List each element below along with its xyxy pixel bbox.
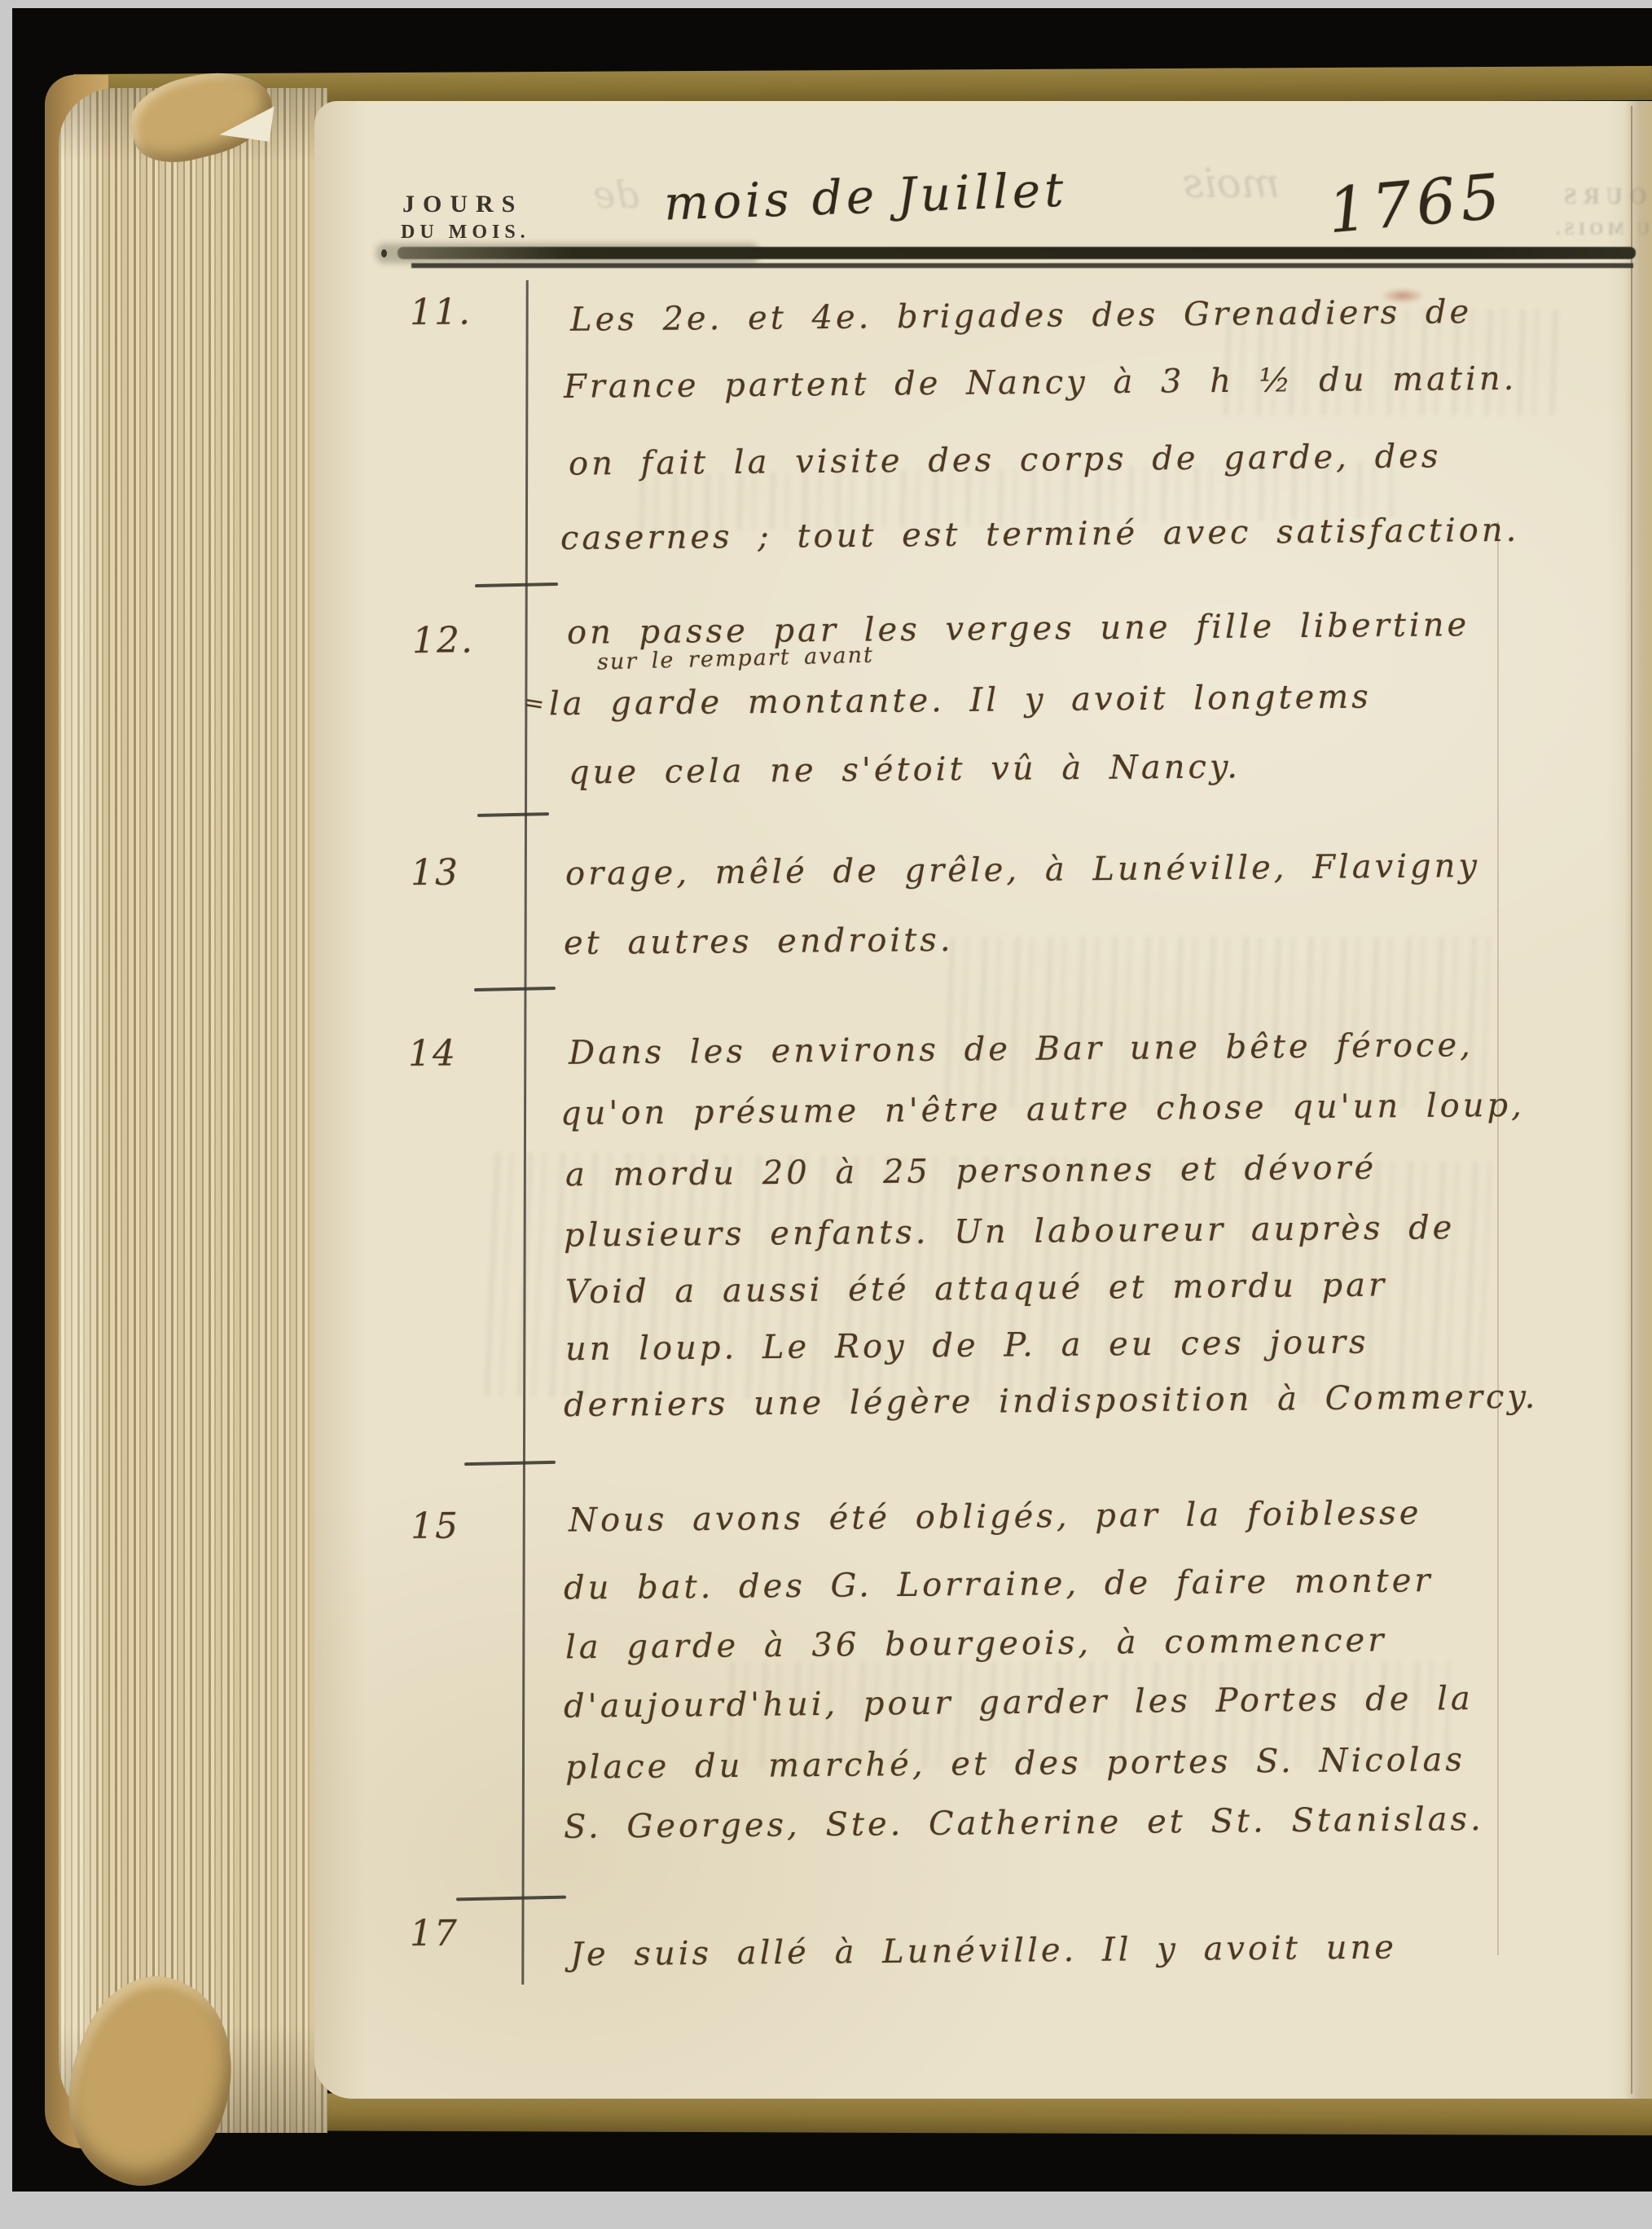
entry-line: d'aujourd'hui, pour garder les Portes de… (564, 1682, 1474, 1723)
handwritten-year: 1765 (1325, 165, 1507, 243)
entry-line: que cela ne s'étoit vû à Nancy. (569, 750, 1241, 789)
entry-line: qu'on présume n'être autre chose qu'un l… (560, 1089, 1525, 1130)
entry-line: S. Georges, Ste. Catherine et St. Stanis… (564, 1803, 1484, 1844)
insertion-caret: = (522, 690, 547, 718)
entry-day-number: 12. (412, 623, 474, 660)
entry-line: Je suis allé à Lunéville. Il y avoit une (570, 1932, 1397, 1972)
printed-header-jours: JOURS (402, 191, 523, 218)
entry-line: a mordu 20 à 25 personnes et dévoré (565, 1152, 1377, 1192)
page-right-edge (1624, 101, 1652, 2099)
entry-line: place du marché, et des portes S. Nicola… (565, 1743, 1465, 1784)
header-rule-thin (411, 263, 1633, 268)
entry-line: Void a aussi été attaqué et mordu par (565, 1269, 1387, 1309)
header-rule-thick (398, 247, 1636, 259)
entry-day-number: 15 (411, 1509, 459, 1545)
entry-day-number: 17 (410, 1916, 459, 1953)
entry-day-number: 14 (408, 1036, 457, 1073)
entry-line: Dans les environs de Bar une bête féroce… (569, 1029, 1474, 1070)
entry-line: on fait la visite des corps de garde, de… (569, 440, 1442, 480)
bleedthrough-jours: JOURS (1558, 184, 1652, 210)
page-edges-stack (59, 88, 327, 2133)
entry-line: plusieurs enfants. Un laboureur auprès d… (564, 1211, 1456, 1252)
bleedthrough-du-mois: DU MOIS. (1552, 218, 1652, 240)
book-bottom-edge (179, 2093, 1652, 2135)
entry-line: et autres endroits. (564, 924, 954, 960)
entry-line: Nous avons été obligés, par la foiblesse (569, 1497, 1422, 1537)
entry-line: Les 2e. et 4e. brigades des Grenadiers d… (570, 296, 1472, 336)
entry-line: derniers une légère indisposition à Comm… (564, 1381, 1539, 1422)
entry-day-number: 11. (410, 295, 472, 332)
entry-line: la garde à 36 bourgeois, à commencer (565, 1624, 1387, 1664)
stray-ink-mark (381, 249, 387, 257)
entry-line: orage, mêlé de grêle, à Lunéville, Flavi… (565, 850, 1480, 890)
entry-day-number: 13 (411, 855, 459, 892)
handwritten-month-title: mois de Juillet (663, 165, 1068, 226)
right-margin-line (1497, 521, 1499, 1955)
bleedthrough-cursive-word: mois (1183, 160, 1280, 207)
page-fold-line (1631, 106, 1632, 2094)
scanned-book-photo: JOURS DU MOIS. mois de Juillet 1765 JOUR… (0, 0, 1652, 2229)
entry-line: on passe par les verges une fille libert… (567, 609, 1470, 649)
bleedthrough-cursive-mark: de (593, 173, 639, 217)
entry-line: du bat. des G. Lorraine, de faire monter (564, 1564, 1434, 1604)
printed-header-du-mois: DU MOIS. (401, 222, 530, 244)
entry-line: un loup. Le Roy de P. a eu ces jours (565, 1326, 1369, 1366)
entry-line: France partent de Nancy à 3 h ½ du matin… (564, 363, 1518, 403)
entry-line: casernes ; tout est terminé avec satisfa… (560, 514, 1520, 555)
entry-line: la garde montante. Il y avoit longtems (549, 681, 1372, 721)
